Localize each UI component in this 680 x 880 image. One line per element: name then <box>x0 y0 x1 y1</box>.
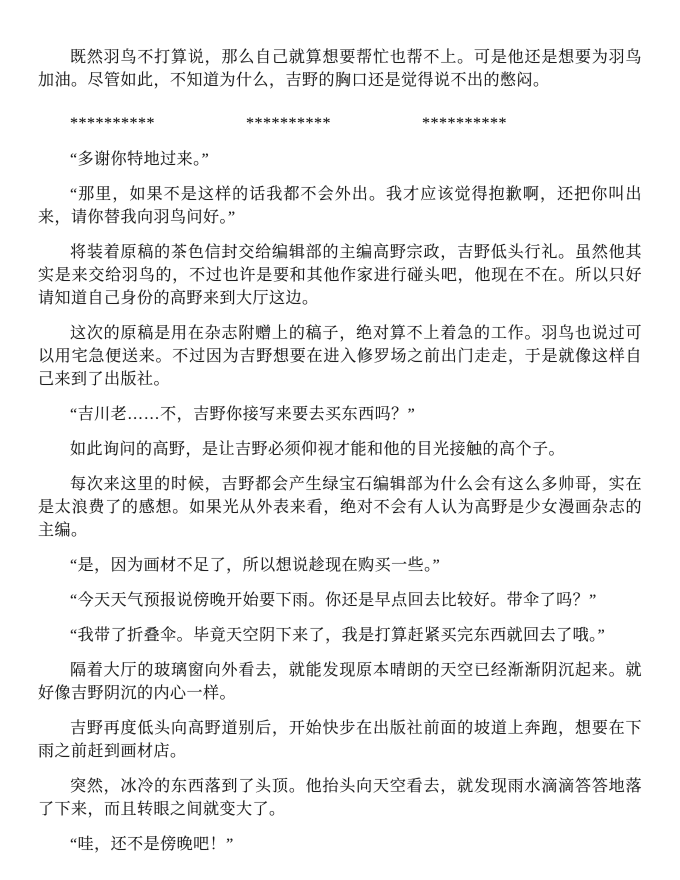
paragraph: 每次来这里的时候，吉野都会产生绿宝石编辑部为什么会有这么多帅哥，实在是太浪费了的… <box>38 473 642 542</box>
paragraph: 这次的原稿是用在杂志附赠上的稿子，绝对算不上着急的工作。羽鸟也说过可以用宅急便送… <box>38 322 642 391</box>
paragraph: 既然羽鸟不打算说，那么自己就算想要帮忙也帮不上。可是他还是想要为羽鸟加油。尽管如… <box>38 46 642 92</box>
paragraph: “是，因为画材不足了，所以想说趁现在购买一些。” <box>38 554 642 577</box>
separator-asterisks: ********** <box>422 112 507 135</box>
paragraph: “哇，还不是傍晚吧！” <box>38 833 642 856</box>
paragraph: “吉川老……不，吉野你接写来要去买东西吗？” <box>38 403 642 426</box>
separator-asterisks: ********** <box>246 112 331 135</box>
paragraph: 如此询问的高野，是让吉野必须仰视才能和他的目光接触的高个子。 <box>38 438 642 461</box>
paragraph: 将装着原稿的茶色信封交给编辑部的主编高野宗政，吉野低头行礼。虽然他其实是来交给羽… <box>38 241 642 310</box>
scanned-novel-page: { "page": { "background_color": "#ffffff… <box>0 0 680 880</box>
paragraph: 吉野再度低头向高野道别后，开始快步在出版社前面的坡道上奔跑，想要在下雨之前赶到画… <box>38 717 642 763</box>
paragraph: 隔着大厅的玻璃窗向外看去，就能发现原本晴朗的天空已经渐渐阴沉起来。就好像吉野阴沉… <box>38 659 642 705</box>
paragraph: “我带了折叠伞。毕竟天空阴下来了，我是打算赶紧买完东西就回去了哦。” <box>38 624 642 647</box>
section-separator: ****************************** <box>38 112 642 135</box>
paragraph: “那里，如果不是这样的话我都不会外出。我才应该觉得抱歉啊，还把你叫出来，请你替我… <box>38 183 642 229</box>
paragraph: “多谢你特地过来。” <box>38 148 642 171</box>
separator-asterisks: ********** <box>70 112 155 135</box>
paragraph: 突然，冰冷的东西落到了头顶。他抬头向天空看去，就发现雨水滴滴答答地落了下来，而且… <box>38 775 642 821</box>
paragraph: “今天天气预报说傍晚开始要下雨。你还是早点回去比较好。带伞了吗？” <box>38 589 642 612</box>
page-body: 既然羽鸟不打算说，那么自己就算想要帮忙也帮不上。可是他还是想要为羽鸟加油。尽管如… <box>0 0 680 880</box>
